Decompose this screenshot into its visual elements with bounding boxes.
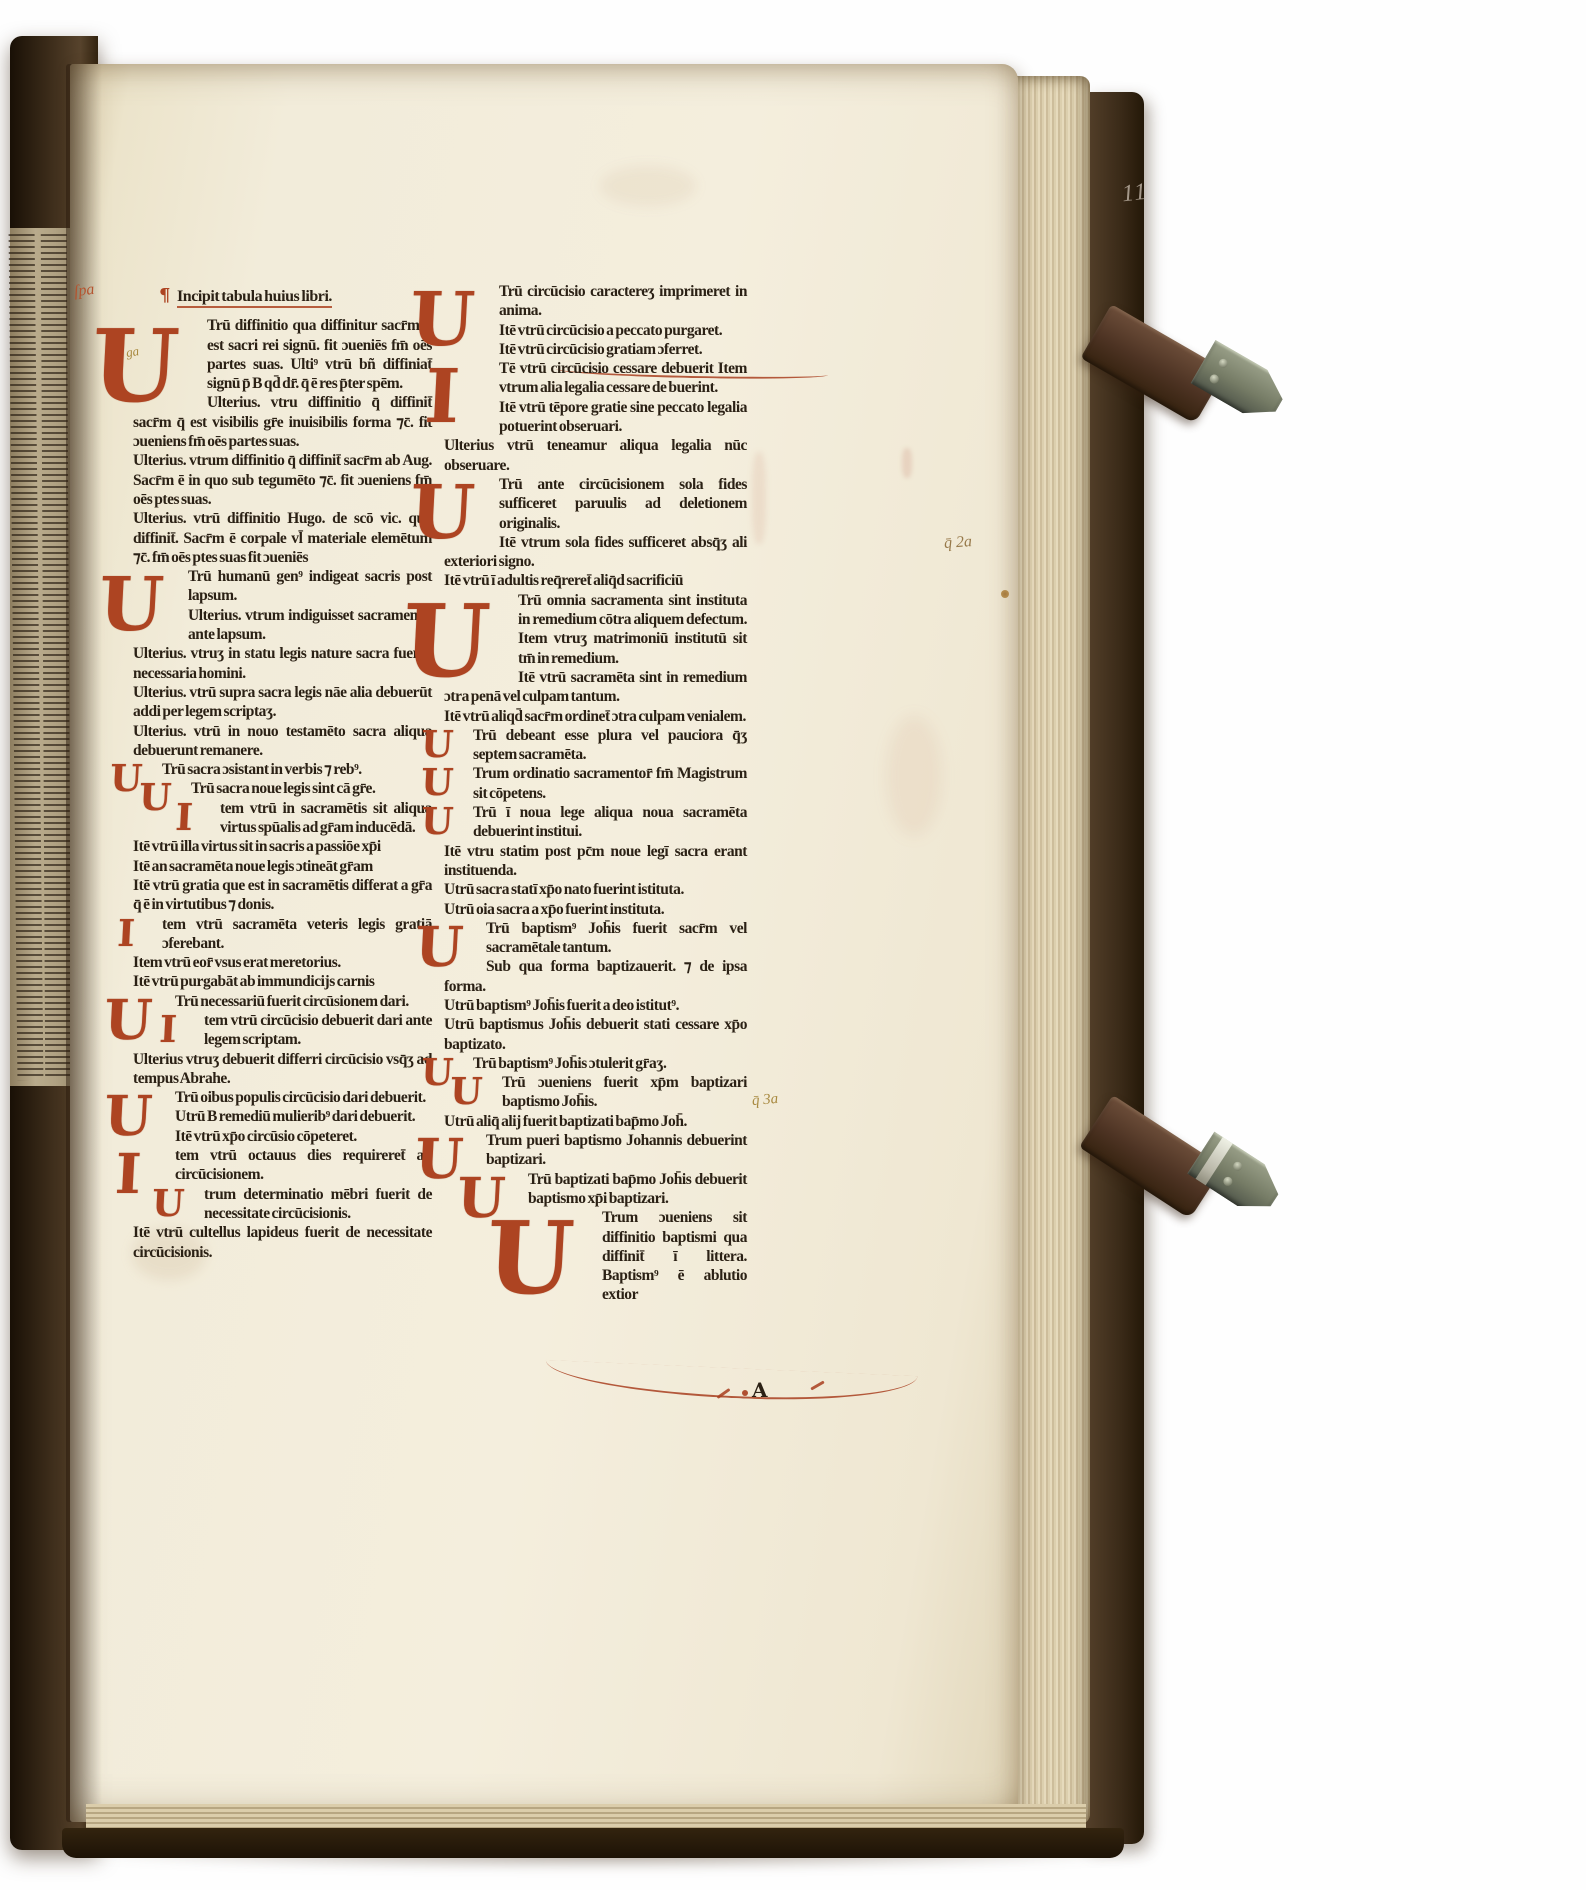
page-header: ¶Incipit tabula huius libri. [159, 286, 432, 306]
paragraph: Utrū B remediū mulierib⁹ dari debuerit. [133, 1107, 432, 1126]
paragraph: UTrū ī noua lege aliqua noua sacramēta d… [444, 803, 747, 842]
paragraph: Utrū sacra statī xp̄o nato fuerint istit… [444, 880, 747, 899]
clasp-metal-tip [1191, 340, 1292, 427]
pilcrow-mark: ¶ [159, 285, 170, 306]
text-column-right: UTrū circūcisio caractereʒ imprimeret in… [444, 282, 747, 1305]
paragraph: Itē vtrū cultellus lapideus fuerit de ne… [133, 1223, 432, 1262]
paragraph: UTrū diffinitio qua diffinitur sacr̄m q̄… [133, 316, 432, 393]
rubric-initial: U [390, 285, 494, 355]
paragraph: Utrum determinatio mēbri fuerit de neces… [133, 1185, 432, 1224]
marginal-note-q3: q̄ 3a [751, 1091, 779, 1110]
paragraph: Utrū oia sacra a xp̄o fuerint instituta. [444, 900, 747, 919]
paragraph: Ulterius. vtrū in nouo testamēto sacra a… [133, 722, 432, 761]
rubric-initial: I [390, 362, 494, 432]
paragraph: UTrū oibus populis circūcisio dari debue… [133, 1088, 432, 1107]
rubric-initial: U [405, 765, 469, 799]
rubric-initial: U [380, 595, 513, 687]
paragraph: Item vtrū octauus dies requireret̄ ad ci… [133, 1146, 432, 1185]
book-photo: ¶Incipit tabula huius libri. UTrū diffin… [0, 0, 1586, 1890]
paragraph: UTrū debeant esse plura vel pauciora q̄ʒ… [444, 726, 747, 765]
rubric-initial: U [405, 804, 469, 838]
marginal-note-first-question: ga [125, 343, 140, 361]
previous-page-text-column [9, 234, 44, 1080]
paragraph: Ulterius vtruʒ debuerit differri circūci… [133, 1050, 432, 1089]
paragraph: Ulterius vtrū teneamur aliqua legalia nū… [444, 436, 747, 475]
paragraph: Utrū baptismus Joh̄is debuerit stati ces… [444, 1015, 747, 1054]
paragraph: Ulterius. vtrū diffinitio Hugo. de scō v… [133, 509, 432, 567]
paragraph: Item vtrū eor̄ vsus erat meretorius. [133, 953, 432, 972]
paragraph: Sub qua forma baptizauerit. ⁊ de ipsa fo… [444, 957, 747, 996]
paragraph: UTrū ɔueniens fuerit xp̄m baptizari bapt… [444, 1073, 747, 1112]
paragraph: UTrum ordinatio sacramentor̄ fm̄ Magistr… [444, 764, 747, 803]
signature-mark: A [752, 1378, 768, 1402]
paragraph: UTrū baptism⁹ Joh̄is ɔtulerit gr̄aʒ. [444, 1054, 747, 1073]
clasp-bottom [1096, 1082, 1326, 1272]
bottom-cover-edge [62, 1828, 1124, 1858]
fore-edge-pages [1008, 76, 1090, 1824]
rubric-initial: U [69, 320, 202, 412]
paragraph: Ulterius. vtrū supra sacra legis nāe ali… [133, 683, 432, 722]
paragraph: Item vtrū sacramēta veteris legis gratiā… [133, 915, 432, 954]
rubric-initial: U [390, 478, 494, 548]
paragraph: Utrū aliq̄ alij fuerit baptizati bap̄mo … [444, 1112, 747, 1131]
paragraph: UTrū sacra ɔsistant in verbis ⁊ reb⁹. [133, 760, 432, 779]
paragraph: UTrū necessariū fuerit circūsionem dari. [133, 992, 432, 1011]
paragraph: Item vtrū circūcisio debuerit dari ante … [133, 1011, 432, 1050]
paragraph: Itē vtrū gratia que est in sacramētis di… [133, 876, 432, 915]
clasp-metal-tip [1187, 1132, 1288, 1222]
rivet [1222, 1175, 1234, 1187]
rubric-initial: I [136, 1012, 200, 1046]
rivet [1231, 1160, 1243, 1172]
paragraph: Utrū baptism⁹ Joh̄is fuerit a deo istitu… [444, 996, 747, 1015]
rubric-initial: U [397, 921, 482, 973]
paragraph: UTrū ante circūcisionem sola fides suffi… [444, 475, 747, 533]
folio-number: 11 [1121, 179, 1150, 209]
marginal-note-left-red: ſpa [73, 281, 95, 301]
rubric-initial: U [136, 1186, 200, 1220]
rivet [1208, 373, 1220, 385]
paragraph: Itē vtrū aliqd̄ sacr̄m ordinet̄ ɔtra cul… [444, 707, 747, 726]
rubric-initial: U [86, 1090, 171, 1142]
paragraph: Itē vtrū purgabāt ab immundicijs carnis [133, 972, 432, 991]
paragraph: Itē vtru statim post pc̄m noue legī sacr… [444, 842, 747, 881]
paragraph: Item vtrū in sacramētis sit aliqua virtu… [133, 799, 432, 838]
paragraph: Ulterius. vtrum diffinitio q̄ diffinit̄ … [133, 451, 432, 509]
paragraph: Itē vtrū xp̄o circūsio cōpeteret. [133, 1127, 432, 1146]
rubric-initial: U [434, 1074, 498, 1108]
rubric-initial: I [152, 800, 216, 834]
page-header-text: Incipit tabula huius libri. [177, 288, 332, 308]
clasp-top [1096, 292, 1326, 482]
previous-page-edge [10, 228, 74, 1086]
rubric-initial: U [464, 1212, 597, 1304]
paragraph: ITē vtrū circūcisio cessare debuerit Ite… [444, 359, 747, 398]
text-column-left: ¶Incipit tabula huius libri. UTrū diffin… [133, 286, 432, 1262]
paragraph: Itē an sacramēta noue legis ɔtineāt gr̄a… [133, 857, 432, 876]
marginal-note-q2: q̄ 2a [943, 533, 972, 553]
paragraph: UTrū circūcisio caractereʒ imprimeret in… [444, 282, 747, 321]
rubric-initial: U [79, 570, 183, 640]
rubric-dot [742, 1390, 748, 1396]
paragraph: UTrum pueri baptismo Johannis debuerint … [444, 1131, 747, 1170]
rubric-initial: I [94, 916, 158, 950]
paragraph: Itē vtrū illa virtus sit in sacris a pas… [133, 837, 432, 856]
paragraph: UTrū baptism⁹ Joh̄is fuerit sacr̄m vel s… [444, 919, 747, 958]
paragraph: UTrum ɔueniens sit diffinitio baptismi q… [444, 1208, 747, 1304]
rubric-initial: U [405, 727, 469, 761]
paragraph: UTrū omnia sacramenta sint instituta in … [444, 591, 747, 668]
rivet [1217, 357, 1229, 369]
